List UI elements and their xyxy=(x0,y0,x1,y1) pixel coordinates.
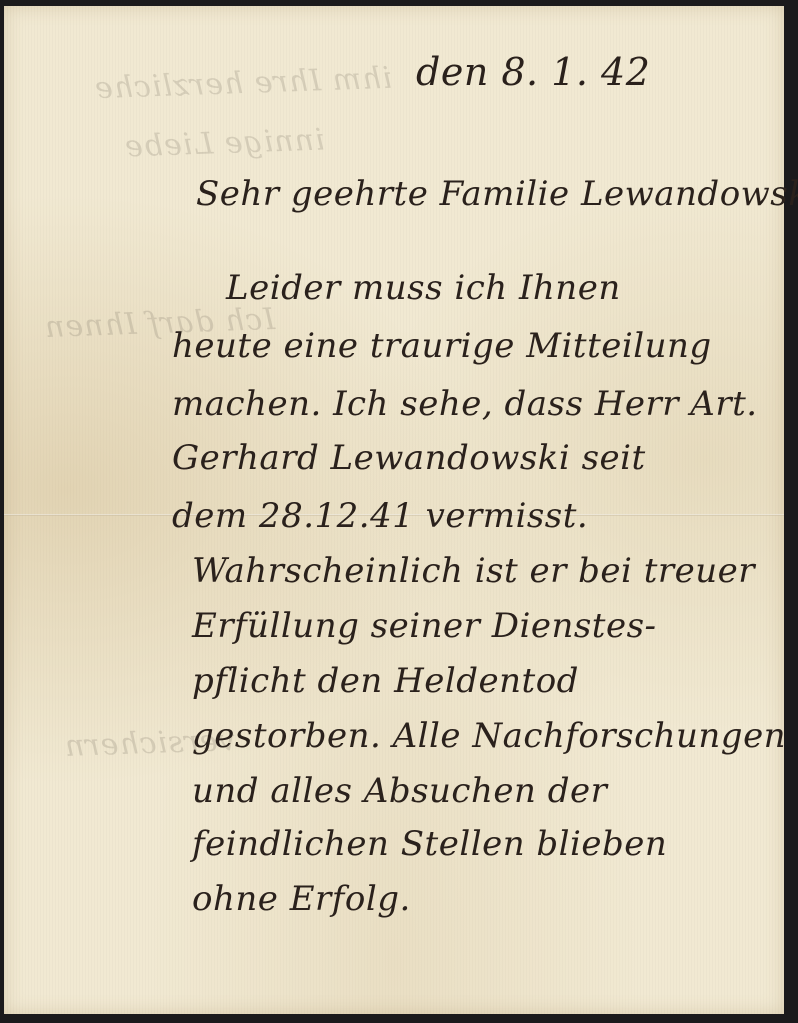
letter-body-line: heute eine traurige Mitteilung xyxy=(172,326,712,366)
letter-body-line: pflicht den Heldentod xyxy=(192,661,579,701)
letter-body-line: Erfüllung seiner Dienstes- xyxy=(192,606,657,646)
letter-body-line: und alles Absuchen der xyxy=(192,771,607,811)
letter-body-line: dem 28.12.41 vermisst. xyxy=(172,496,588,536)
letter-paper: ihm Ihre herzliche innige Liebe Ich darf… xyxy=(4,6,784,1014)
letter-salutation: Sehr geehrte Familie Lewandowski! xyxy=(196,174,798,214)
letter-body-line: Wahrscheinlich ist er bei treuer xyxy=(192,551,755,591)
letter-date: den 8. 1. 42 xyxy=(416,50,650,94)
letter-body-line: Gerhard Lewandowski seit xyxy=(172,438,646,478)
letter-body-line: Leider muss ich Ihnen xyxy=(226,268,621,308)
letter-body-line: gestorben. Alle Nachforschungen xyxy=(192,716,786,756)
letter-body-line: feindlichen Stellen blieben xyxy=(192,824,667,864)
bleed-through-text: innige Liebe xyxy=(123,123,325,165)
bleed-through-text: ihm Ihre herzliche xyxy=(93,61,392,106)
letter-body-line: machen. Ich sehe, dass Herr Art. xyxy=(172,384,758,424)
letter-body-line: ohne Erfolg. xyxy=(192,879,411,919)
